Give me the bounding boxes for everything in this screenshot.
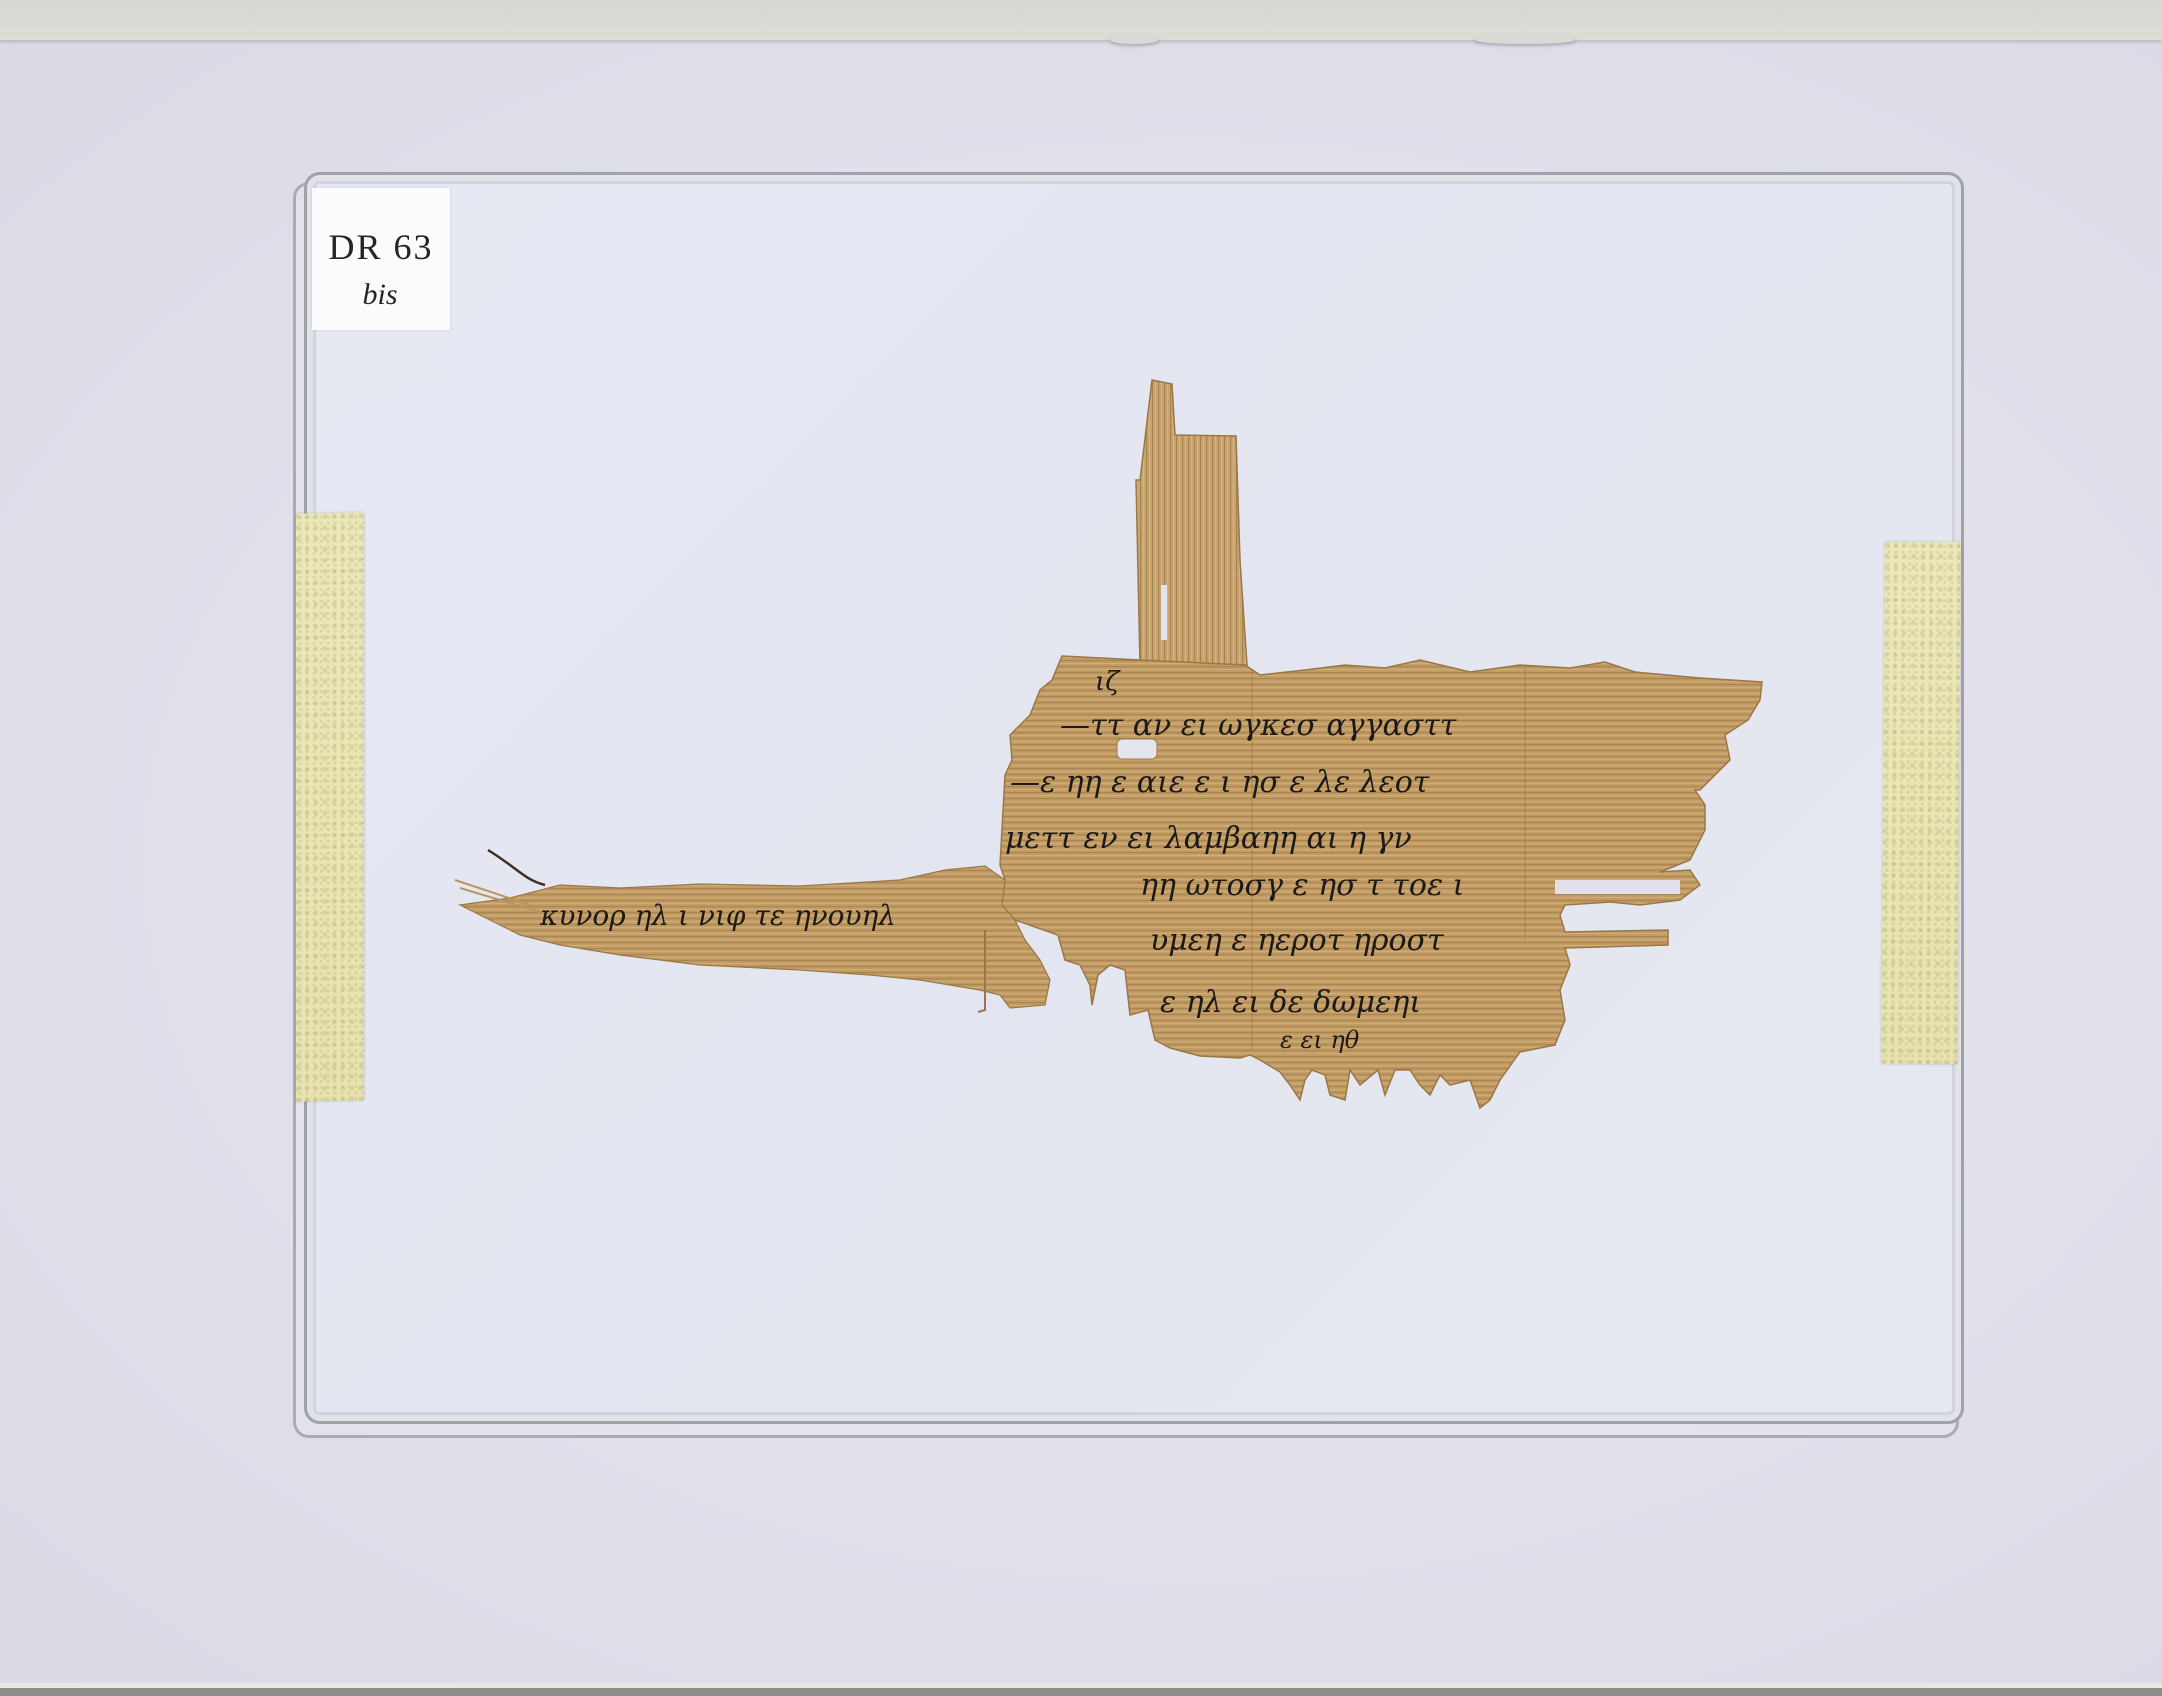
papyrus-fragment: ιζ —ττ αν ει ωγκεσ αγγασττ —ε ηη ε αιε ε… (0, 0, 2162, 1696)
papyrus-gap (1555, 880, 1680, 894)
papyrus-hole (1161, 585, 1167, 640)
papyrus-strand (460, 866, 1050, 1008)
papyrus-line: —ττ αν ει ωγκεσ αγγασττ (1060, 708, 1457, 743)
papyrus-line: υμεη ε ηεροτ ηροστ (1150, 923, 1444, 958)
papyrus-line: ηη ωτοσγ ε ησ τ τοε ι (1140, 868, 1464, 903)
papyrus-header-mark: ιζ (1095, 667, 1121, 697)
papyrus-spire (1136, 380, 1247, 665)
papyrus-line: ε ηλ ει δε δωμεηι (1160, 985, 1421, 1020)
papyrus-line: μεττ εν ει λαμβαηη αι η γν (1005, 821, 1412, 856)
papyrus-line: —ε ηη ε αιε ε ι ησ ε λε λεοτ (1010, 765, 1430, 800)
papyrus-fiber-strand (488, 850, 545, 885)
papyrus-strand-text: κυνορ ηλ ι νιφ τε ηνουηλ (539, 899, 896, 932)
papyrus-line: ε ει ηθ (1280, 1026, 1360, 1054)
